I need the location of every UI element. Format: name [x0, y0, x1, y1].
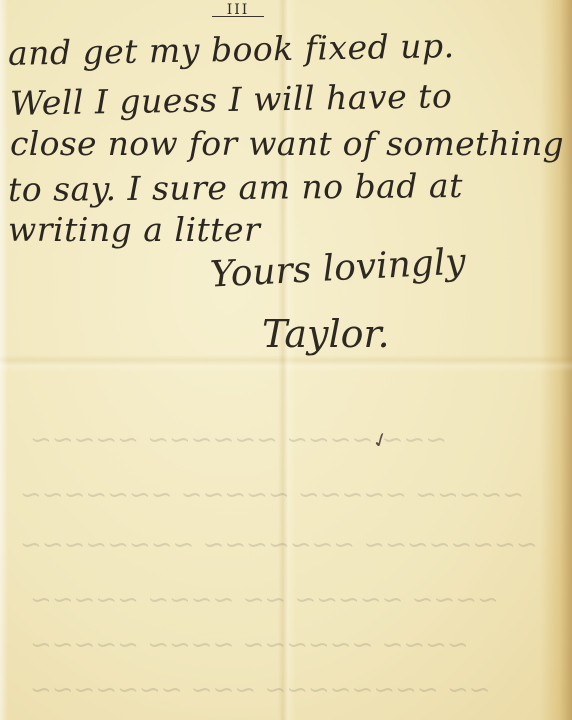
letter-closing: Yours lovingly: [209, 241, 467, 295]
letter-line-4: to say. I sure am no bad at: [8, 166, 463, 209]
letter-page: III and get my book fixed up. Well I gue…: [0, 0, 572, 720]
letter-line-5: writing a litter: [8, 210, 260, 249]
letter-line-1: and get my book fixed up.: [8, 26, 455, 73]
letter-line-3: close now for want of something: [10, 124, 564, 163]
bleed-through-text: ~~~~~ ~~~~~ ~~~~~ ~~~~~~~: [20, 480, 524, 510]
bleed-through-text: ~~~~~~~~ ~~~~~~~ ~~~~~~~~: [20, 530, 538, 560]
page-number: III: [212, 4, 264, 17]
bleed-through-text: ~~~~ ~~~~~ ~~ ~~~~ ~~~~~: [30, 585, 499, 615]
bleed-through-text: ~~ ~~~~~~~~ ~~~ ~~~~~~~: [30, 675, 491, 705]
letter-line-2: Well I guess I will have to: [10, 76, 453, 123]
bleed-through-text: ~~~~ ~~~~~~ ~~~~ ~~~~~: [30, 630, 469, 660]
letter-signature: Taylor.: [262, 312, 390, 356]
